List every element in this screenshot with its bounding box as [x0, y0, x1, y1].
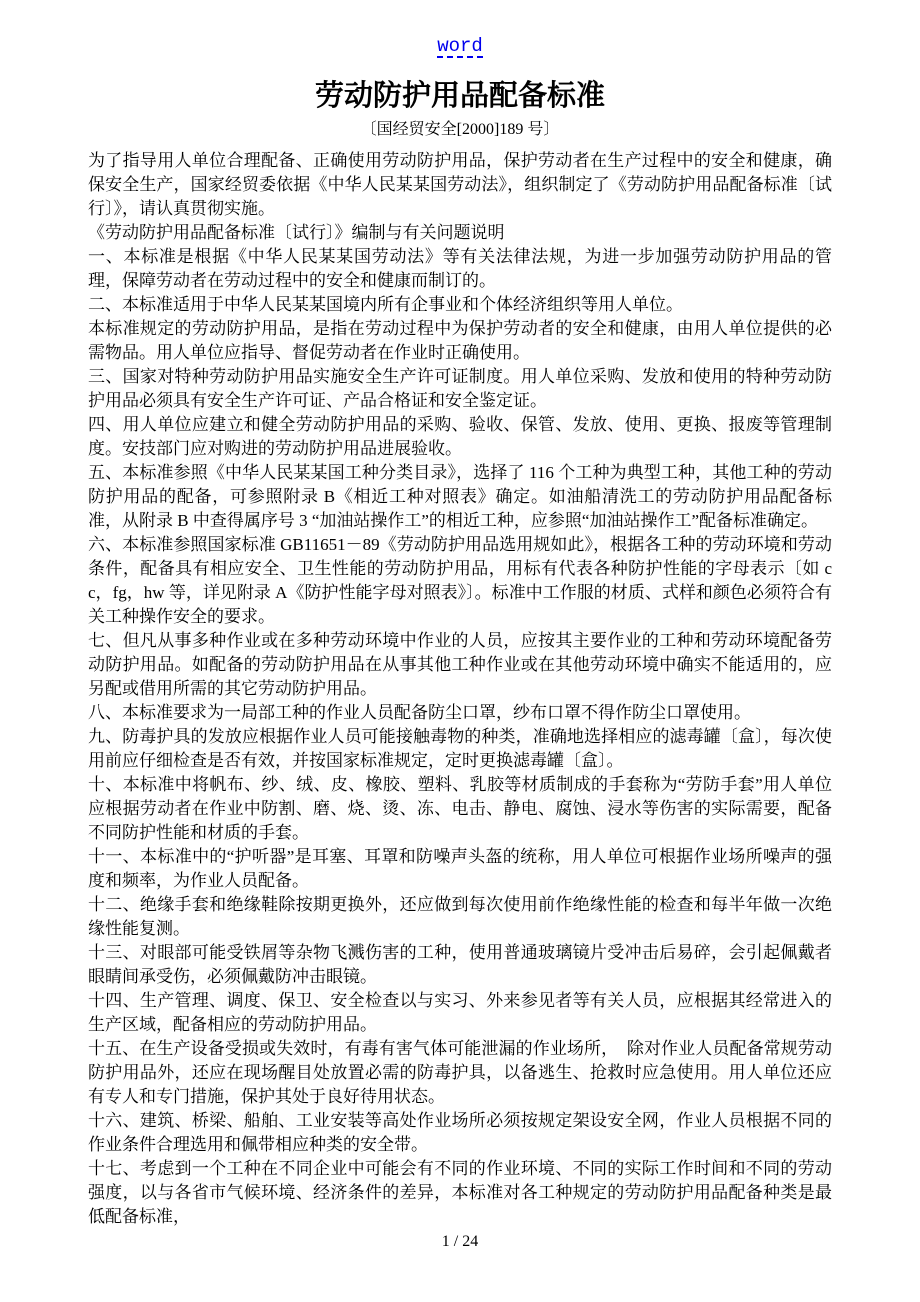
document-header: word	[0, 36, 920, 58]
paragraph: 十三、对眼部可能受铁屑等杂物飞溅伤害的工种，使用普通玻璃镜片受冲击后易碎，会引起…	[88, 941, 832, 989]
paragraph: 十一、本标准中的“护听器”是耳塞、耳罩和防噪声头盔的统称，用人单位可根据作业场所…	[88, 845, 832, 893]
paragraph: 十七、考虑到一个工种在不同企业中可能会有不同的作业环境、不同的实际工作时间和不同…	[88, 1157, 832, 1229]
paragraph: 五、本标准参照《中华人民某某国工种分类目录》，选择了 116 个工种为典型工种，…	[88, 461, 832, 533]
document-body: 为了指导用人单位合理配备、正确使用劳动防护用品，保护劳动者在生产过程中的安全和健…	[88, 149, 832, 1229]
paragraph: 本标准规定的劳动防护用品，是指在劳动过程中为保护劳动者的安全和健康，由用人单位提…	[88, 317, 832, 365]
paragraph: 十、本标准中将帆布、纱、绒、皮、橡胶、塑料、乳胶等材质制成的手套称为“劳防手套”…	[88, 773, 832, 845]
paragraph: 七、但凡从事多种作业或在多种劳动环境中作业的人员，应按其主要作业的工种和劳动环境…	[88, 629, 832, 701]
paragraph: 四、用人单位应建立和健全劳动防护用品的采购、验收、保管、发放、使用、更换、报废等…	[88, 413, 832, 461]
paragraph: 六、本标准参照国家标准 GB11651－89《劳动防护用品选用规如此》，根据各工…	[88, 533, 832, 629]
document-number: 〔国经贸安全[2000]189 号〕	[0, 120, 920, 140]
paragraph: 为了指导用人单位合理配备、正确使用劳动防护用品，保护劳动者在生产过程中的安全和健…	[88, 149, 832, 221]
paragraph: 《劳动防护用品配备标准〔试行〕》编制与有关问题说明	[88, 221, 832, 245]
paragraph: 三、国家对特种劳动防护用品实施安全生产许可证制度。用人单位采购、发放和使用的特种…	[88, 365, 832, 413]
paragraph: 十六、建筑、桥梁、船舶、工业安装等高处作业场所必须按规定架设安全网，作业人员根据…	[88, 1109, 832, 1157]
paragraph: 九、防毒护具的发放应根据作业人员可能接触毒物的种类，准确地选择相应的滤毒罐〔盒〕…	[88, 725, 832, 773]
document-page: word 劳动防护用品配备标准 〔国经贸安全[2000]189 号〕 为了指导用…	[0, 0, 920, 1302]
paragraph: 一、本标准是根据《中华人民某某国劳动法》等有关法律法规，为进一步加强劳动防护用品…	[88, 245, 832, 293]
paragraph: 十五、在生产设备受损或失效时，有毒有害气体可能泄漏的作业场所， 除对作业人员配备…	[88, 1037, 832, 1109]
word-link[interactable]: word	[437, 36, 483, 58]
document-title: 劳动防护用品配备标准	[0, 80, 920, 112]
paragraph: 八、本标准要求为一局部工种的作业人员配备防尘口罩，纱布口罩不得作防尘口罩使用。	[88, 701, 832, 725]
paragraph: 二、本标准适用于中华人民某某国境内所有企事业和个体经济组织等用人单位。	[88, 293, 832, 317]
page-number: 1 / 24	[0, 1231, 920, 1253]
paragraph: 十二、绝缘手套和绝缘鞋除按期更换外，还应做到每次使用前作绝缘性能的检查和每半年做…	[88, 893, 832, 941]
paragraph: 十四、生产管理、调度、保卫、安全检查以与实习、外来参见者等有关人员，应根据其经常…	[88, 989, 832, 1037]
